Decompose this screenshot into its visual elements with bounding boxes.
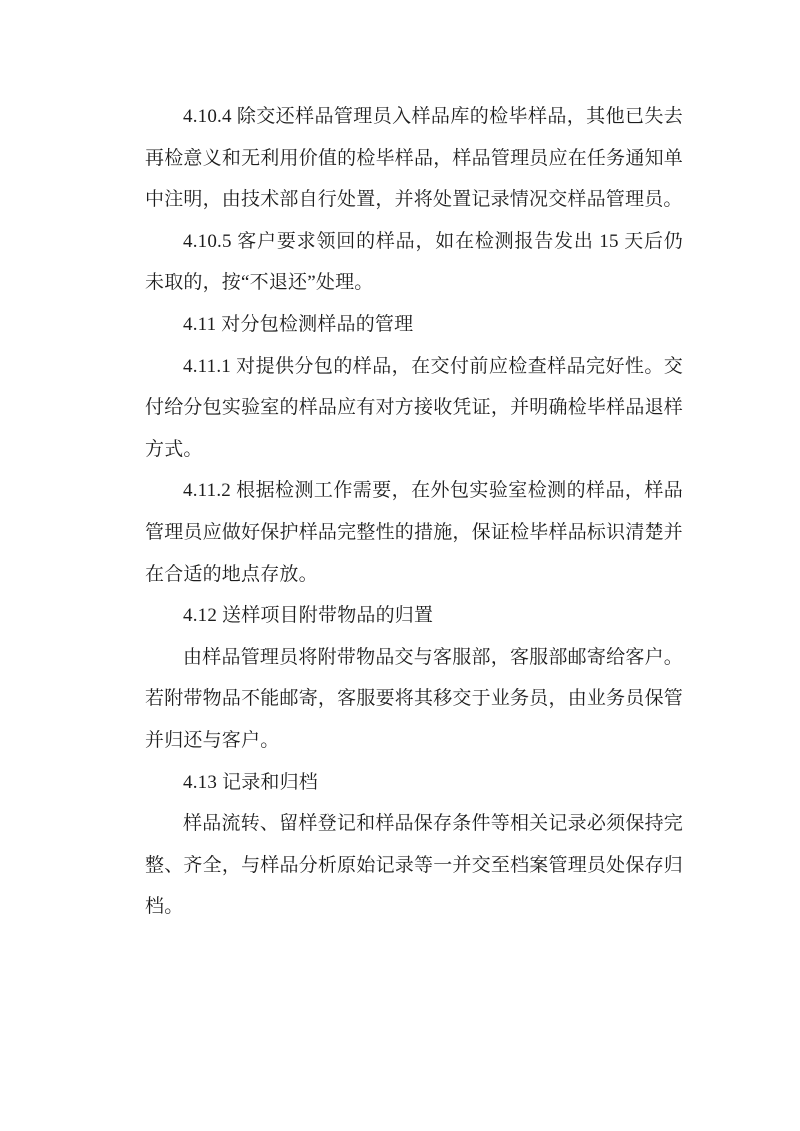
heading-4-13: 4.13 记录和归档 bbox=[145, 762, 683, 804]
paragraph-4-10-5: 4.10.5 客户要求领回的样品，如在检测报告发出 15 天后仍未取的，按“不退… bbox=[145, 221, 683, 304]
heading-4-11: 4.11 对分包检测样品的管理 bbox=[145, 304, 683, 346]
paragraph-4-13-body: 样品流转、留样登记和样品保存条件等相关记录必须保持完整、齐全，与样品分析原始记录… bbox=[145, 803, 683, 928]
heading-4-12: 4.12 送样项目附带物品的归置 bbox=[145, 595, 683, 637]
document-text-block: 4.10.4 除交还样品管理员入样品库的检毕样品，其他已失去再检意义和无利用价值… bbox=[145, 96, 683, 928]
paragraph-4-11-1: 4.11.1 对提供分包的样品，在交付前应检查样品完好性。交付给分包实验室的样品… bbox=[145, 346, 683, 471]
document-page: 4.10.4 除交还样品管理员入样品库的检毕样品，其他已失去再检意义和无利用价值… bbox=[0, 0, 800, 1131]
paragraph-4-11-2: 4.11.2 根据检测工作需要，在外包实验室检测的样品，样品管理员应做好保护样品… bbox=[145, 470, 683, 595]
paragraph-4-10-4: 4.10.4 除交还样品管理员入样品库的检毕样品，其他已失去再检意义和无利用价值… bbox=[145, 96, 683, 221]
paragraph-4-12-body: 由样品管理员将附带物品交与客服部，客服部邮寄给客户。若附带物品不能邮寄，客服要将… bbox=[145, 637, 683, 762]
